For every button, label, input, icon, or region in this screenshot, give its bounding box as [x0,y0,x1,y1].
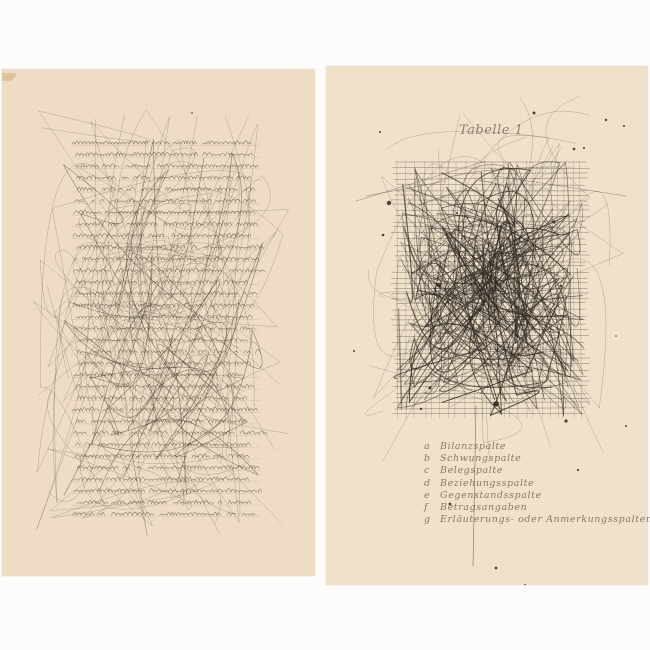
legend-item: fBetragsangaben [424,502,644,514]
handwritten-legend: aBilanzspalte bSchwungspalte cBelegspalt… [424,441,644,526]
legend-item: bSchwungspalte [424,453,644,465]
legend-item: cBelegspalte [424,465,644,477]
right-paper-sheet: Tabelle 1 aBilanzspalte bSchwungspalte c… [326,66,648,585]
legend-item: eGegenstandsspalte [424,490,644,502]
asemic-script-drawing [2,69,315,576]
legend-item: dBeziehungsspalte [424,478,644,490]
sheet-title-script: Tabelle 1 [459,123,523,138]
legend-item: gErläuterungs- oder Anmerkungsspalten [424,514,644,526]
left-paper-sheet [2,69,315,576]
legend-item: aBilanzspalte [424,441,644,453]
